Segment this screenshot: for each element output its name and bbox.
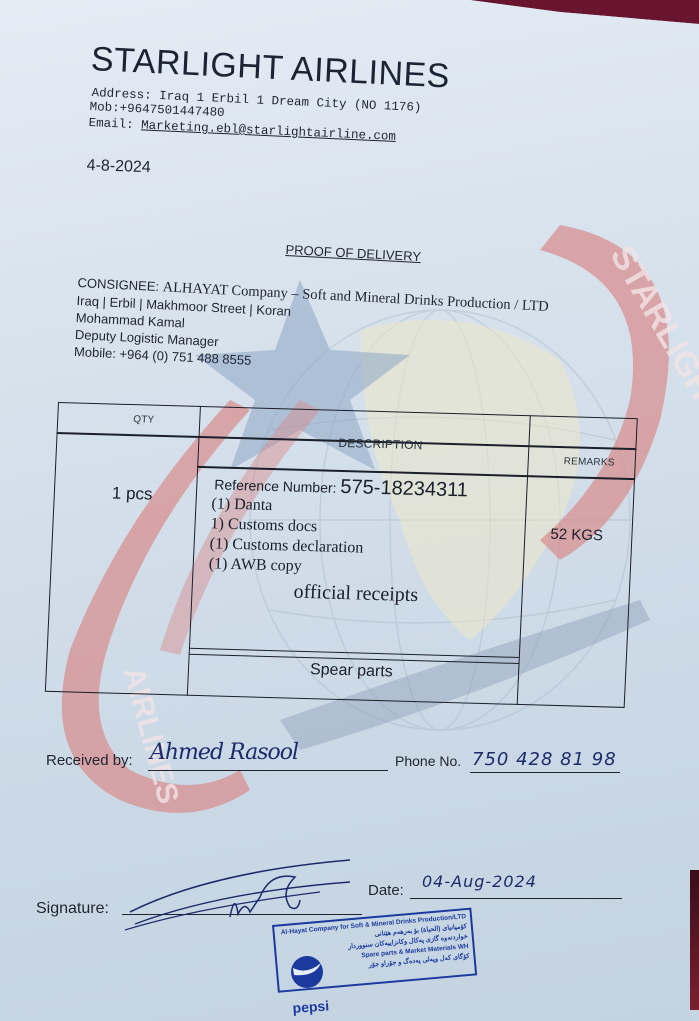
header-qty: QTY [133,414,155,426]
document-title: PROOF OF DELIVERY [285,242,421,264]
company-email-row: Email: Marketing.ebl@starlightairline.co… [88,116,396,144]
goods-description: Spear parts [310,661,394,681]
header-remarks: REMARKS [563,456,614,468]
phone-label: Phone No. [395,753,461,769]
date-value: 04-Aug-2024 [422,872,537,891]
svg-text:STARLIGHT: STARLIGHT [603,239,699,424]
email-label: Email: [88,116,141,132]
background-surface-edge [689,870,699,1010]
item-list: (1) Danta 1) Customs docs (1) Customs de… [208,494,365,578]
date-line [410,898,622,899]
received-by-label: Received by: [46,752,133,769]
paper-document: STARLIGHT AIRLINES STARLIGHT AIRLINES Ad… [0,0,699,1021]
phone-value: 750 428 81 98 [472,749,617,770]
pepsi-logo-icon [290,955,324,989]
row-qty: 1 pcs [111,484,153,505]
official-receipts-note: official receipts [293,581,419,607]
header-description: DESCRIPTION [338,436,423,452]
received-by-line [148,770,388,771]
document-date: 4-8-2024 [86,157,151,177]
delivery-table: QTY DESCRIPTION REMARKS 1 pcs Reference … [45,402,638,708]
consignee-label: CONSIGNEE: [77,275,163,294]
date-label: Date: [368,882,404,899]
reference-label: Reference Number: [214,476,341,496]
pepsi-wordmark: pepsi [292,997,330,1016]
received-by-signature: Ahmed Rasool [150,740,298,765]
signature-label: Signature: [36,900,109,918]
consignee-block: CONSIGNEE: ALHAYAT Company – Soft and Mi… [74,274,550,384]
phone-line [470,772,620,773]
email-link[interactable]: Marketing.ebl@starlightairline.com [141,118,396,144]
row-remarks-weight: 52 KGS [550,526,603,544]
